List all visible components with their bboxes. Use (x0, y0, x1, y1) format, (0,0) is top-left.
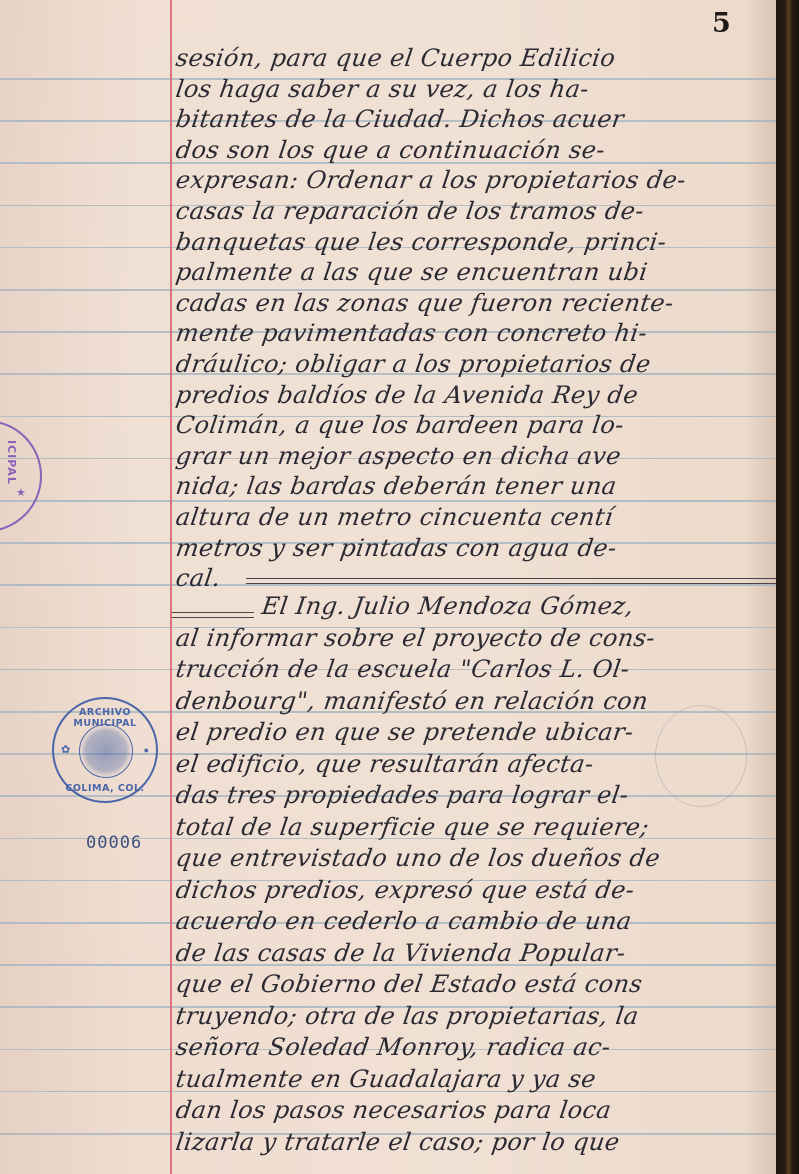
red-margin-line (170, 0, 172, 1174)
flower-icon: ✿ (61, 743, 70, 756)
handwritten-line: truyendo; otra de las propietarias, la (174, 1002, 776, 1030)
handwritten-line: al informar sobre el proyecto de cons- (174, 624, 776, 652)
page-number: 5 (712, 8, 731, 39)
violet-municipal-stamp: ICIPAL ★ (0, 420, 42, 532)
violet-stamp-text: ICIPAL (5, 440, 18, 485)
handwritten-line: expresan: Ordenar a los propietarios de- (174, 166, 776, 194)
handwritten-line: El Ing. Julio Mendoza Gómez, (260, 592, 776, 620)
handwritten-line: palmente a las que se encuentran ubi (174, 258, 776, 286)
handwritten-line: dráulico; obligar a los propietarios de (174, 350, 776, 378)
handwritten-line: bitantes de la Ciudad. Dichos acuer (174, 105, 776, 133)
handwritten-line: que el Gobierno del Estado está cons (174, 970, 776, 998)
section-end-double-rule (246, 578, 776, 584)
handwritten-line: predios baldíos de la Avenida Rey de (174, 381, 776, 409)
star-icon: ★ (16, 486, 26, 499)
handwritten-line: grar un mejor aspecto en dicha ave (174, 442, 776, 470)
rule-line (0, 500, 776, 502)
ledger-page: 5 sesión, para que el Cuerpo Ediliciolos… (0, 0, 776, 1174)
faint-stamp-impression (655, 705, 747, 807)
handwritten-line: señora Soledad Monroy, radica ac- (174, 1033, 776, 1061)
dot-icon: ● (144, 745, 149, 755)
handwritten-line: Colimán, a que los bardeen para lo- (174, 411, 776, 439)
section-start-double-rule (172, 612, 254, 618)
handwritten-line: sesión, para que el Cuerpo Edilicio (174, 44, 776, 72)
archivo-municipal-stamp: ARCHIVO MUNICIPAL ✿ ● COLIMA, COL. (52, 697, 158, 803)
handwritten-line: altura de un metro cincuenta centí (174, 503, 776, 531)
handwritten-line: total de la superficie que se requiere; (174, 813, 776, 841)
handwritten-line: mente pavimentadas con concreto hi- (174, 319, 776, 347)
handwritten-line: de las casas de la Vivienda Popular- (174, 939, 776, 967)
folio-number: 00006 (86, 833, 142, 853)
handwritten-line: trucción de la escuela "Carlos L. Ol- (174, 655, 776, 683)
handwritten-line: acuerdo en cederlo a cambio de una (174, 907, 776, 935)
handwritten-line: cadas en las zonas que fueron reciente- (174, 289, 776, 317)
handwritten-line: tualmente en Guadalajara y ya se (174, 1065, 776, 1093)
coat-of-arms-icon (79, 724, 133, 778)
handwritten-line: los haga saber a su vez, a los ha- (174, 75, 776, 103)
handwritten-line: dichos predios, expresó que está de- (174, 876, 776, 904)
handwritten-line: banquetas que les corresponde, princi- (174, 228, 776, 256)
handwritten-line: dan los pasos necesarios para loca (174, 1096, 776, 1124)
handwritten-line: casas la reparación de los tramos de- (174, 197, 776, 225)
handwritten-line: nida; las bardas deberán tener una (174, 472, 776, 500)
handwritten-line: metros y ser pintadas con agua de- (174, 534, 776, 562)
handwritten-line: lizarla y tratarle el caso; por lo que (174, 1128, 776, 1156)
book-binding (776, 0, 799, 1174)
stamp-bottom-text: COLIMA, COL. (58, 783, 152, 794)
handwritten-line: dos son los que a continuación se- (174, 136, 776, 164)
handwritten-line: que entrevistado uno de los dueños de (174, 844, 776, 872)
